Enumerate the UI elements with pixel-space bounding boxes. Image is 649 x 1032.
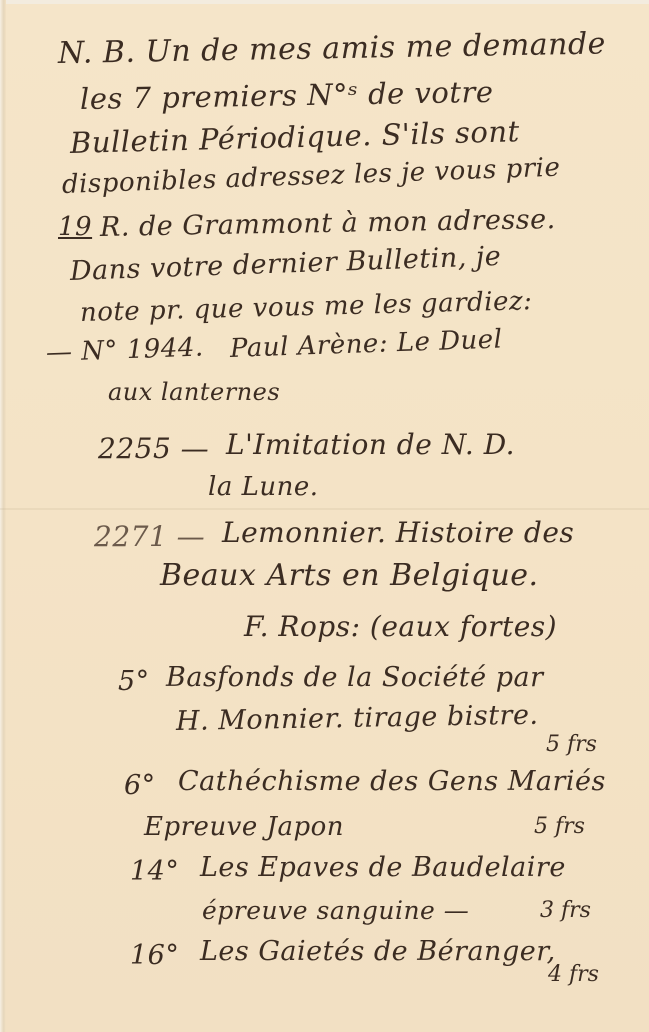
item-14-price: 3 frs: [540, 898, 591, 923]
item-2255-number: 2255 —: [98, 432, 209, 465]
item-5-number: 5°: [118, 666, 150, 697]
item-2255-title: L'Imitation de N. D.: [226, 428, 515, 461]
item-6-continuation: Epreuve Japon: [144, 812, 344, 842]
letter-line-5: R. de Grammont à mon adresse.: [100, 204, 556, 243]
street-number: 19: [58, 212, 92, 242]
item-2255-continuation: la Lune.: [208, 472, 319, 502]
item-6-number: 6°: [124, 770, 156, 801]
letter-line-6: Dans votre dernier Bulletin, je: [69, 241, 501, 287]
item-14-continuation: épreuve sanguine —: [202, 896, 469, 925]
item-14-number: 14°: [130, 856, 179, 887]
item-2271-extra: F. Rops: (eaux fortes): [244, 610, 557, 643]
item-5-continuation: H. Monnier. tirage bistre.: [176, 700, 539, 737]
letter-page: N. B. Un de mes amis me demande les 7 pr…: [0, 0, 649, 1032]
item-2271-continuation: Beaux Arts en Belgique.: [160, 558, 539, 593]
item-6-price: 5 frs: [534, 814, 585, 839]
item-16-number: 16°: [130, 940, 179, 971]
item-2271-number: 2271 —: [94, 520, 205, 553]
item-5-price: 5 frs: [546, 732, 597, 757]
letter-line-3: Bulletin Périodique. S'ils sont: [70, 114, 521, 160]
letter-line-4: disponibles adressez les je vous prie: [61, 153, 560, 200]
letter-line-2: les 7 premiers N°ˢ de votre: [80, 75, 494, 116]
page-left-edge: [0, 0, 6, 1032]
item-16-price: 4 frs: [548, 962, 599, 987]
item-14-title: Les Epaves de Baudelaire: [200, 852, 566, 883]
letter-line-nb: N. B. Un de mes amis me demande: [58, 26, 606, 71]
paper-fold: [0, 508, 649, 510]
item-5-title: Basfonds de la Société par: [166, 662, 544, 693]
item-6-title: Cathéchisme des Gens Mariés: [178, 766, 606, 797]
item-16-title: Les Gaietés de Béranger,: [200, 936, 556, 967]
item-1944-title: Paul Arène: Le Duel: [229, 324, 503, 363]
page-top-edge: [0, 0, 649, 4]
item-2271-title: Lemonnier. Histoire des: [222, 516, 574, 549]
item-1944-continuation: aux lanternes: [108, 378, 280, 406]
letter-line-7: note pr. que vous me les gardiez:: [80, 286, 533, 328]
item-1944-number: — N° 1944.: [45, 333, 204, 368]
